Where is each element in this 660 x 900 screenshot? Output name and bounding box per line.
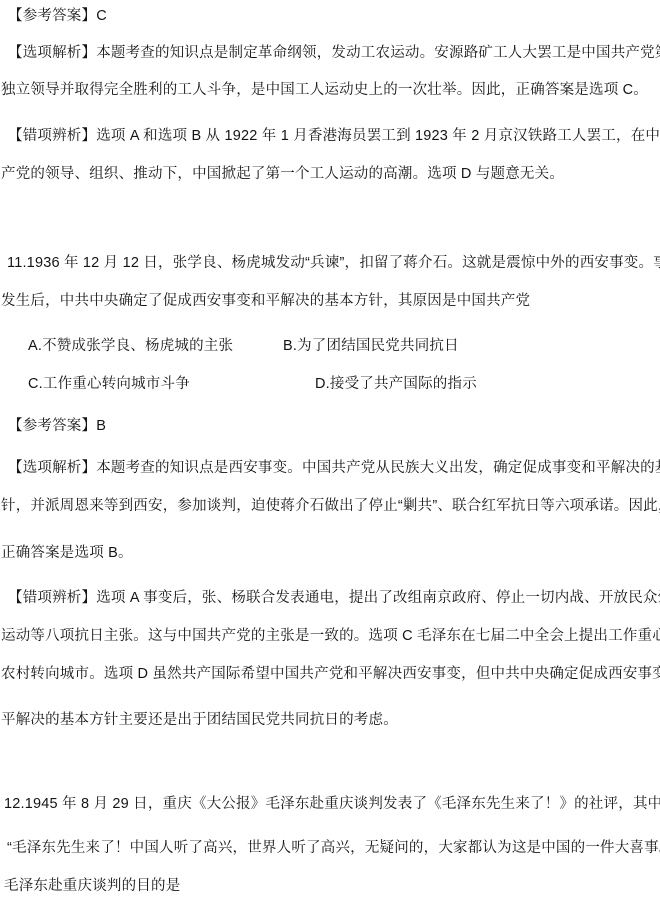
q11-wrong-option-line-3: 农村转向城市。选项 D 虽然共产国际希望中国共产党和平解决西安事变，但中共中央确… [1,666,660,683]
q11-stem-line-2: 发生后，中共中央确定了促成西安事变和平解决的基本方针，其原因是中国共产党 [1,293,530,310]
q10-option-analysis-line-1: 【选项解析】本题考查的知识点是制定革命纲领，发动工农运动。安源路矿工人大罢工是中… [8,45,660,62]
q11-option-b: B.为了团结国民党共同抗日 [283,338,459,355]
q11-option-a: A.不赞成张学良、杨虎城的主张 [28,338,233,355]
q12-stem-quote-line: “毛泽东先生来了！中国人听了高兴，世界人听了高兴，无疑问的，大家都认为这是中国的… [7,840,660,857]
q11-option-analysis-line-3: 正确答案是选项 B。 [1,545,133,562]
q10-option-analysis-line-2: 独立领导并取得完全胜利的工人斗争，是中国工人运动史上的一次壮举。因此，正确答案是… [1,82,648,99]
q11-option-analysis-line-1: 【选项解析】本题考查的知识点是西安事变。中国共产党从民族大义出发，确定促成事变和… [8,460,660,477]
q11-stem-line-1: 11.1936 年 12 月 12 日，张学良、杨虎城发动“兵谏”，扣留了蒋介石… [7,255,660,272]
q11-option-d: D.接受了共产国际的指示 [315,376,477,393]
q11-wrong-option-line-2: 运动等八项抗日主张。这与中国共产党的主张是一致的。选项 C 毛泽东在七届二中全会… [1,628,660,645]
q11-option-analysis-line-2: 针，并派周恩来等到西安，参加谈判，迫使蒋介石做出了停止“剿共”、联合红军抗日等六… [1,498,660,515]
q11-reference-answer: 【参考答案】B [8,418,106,435]
q12-stem-line-3: 毛泽东赴重庆谈判的目的是 [4,878,180,895]
q12-stem-line-1: 12.1945 年 8 月 29 日，重庆《大公报》毛泽东赴重庆谈判发表了《毛泽… [4,796,660,813]
document-page: 【参考答案】C 【选项解析】本题考查的知识点是制定革命纲领，发动工农运动。安源路… [0,0,660,900]
q11-wrong-option-line-4: 平解决的基本方针主要还是出于团结国民党共同抗日的考虑。 [1,712,398,729]
q10-wrong-option-line-2: 产党的领导、组织、推动下，中国掀起了第一个工人运动的高潮。选项 D 与题意无关。 [1,166,564,183]
q11-wrong-option-line-1: 【错项辨析】选项 A 事变后，张、杨联合发表通电，提出了改组南京政府、停止一切内… [8,590,660,607]
q10-wrong-option-line-1: 【错项辨析】选项 A 和选项 B 从 1922 年 1 月香港海员罢工到 192… [8,128,660,145]
q11-option-c: C.工作重心转向城市斗争 [28,376,190,393]
q10-reference-answer: 【参考答案】C [8,8,107,25]
